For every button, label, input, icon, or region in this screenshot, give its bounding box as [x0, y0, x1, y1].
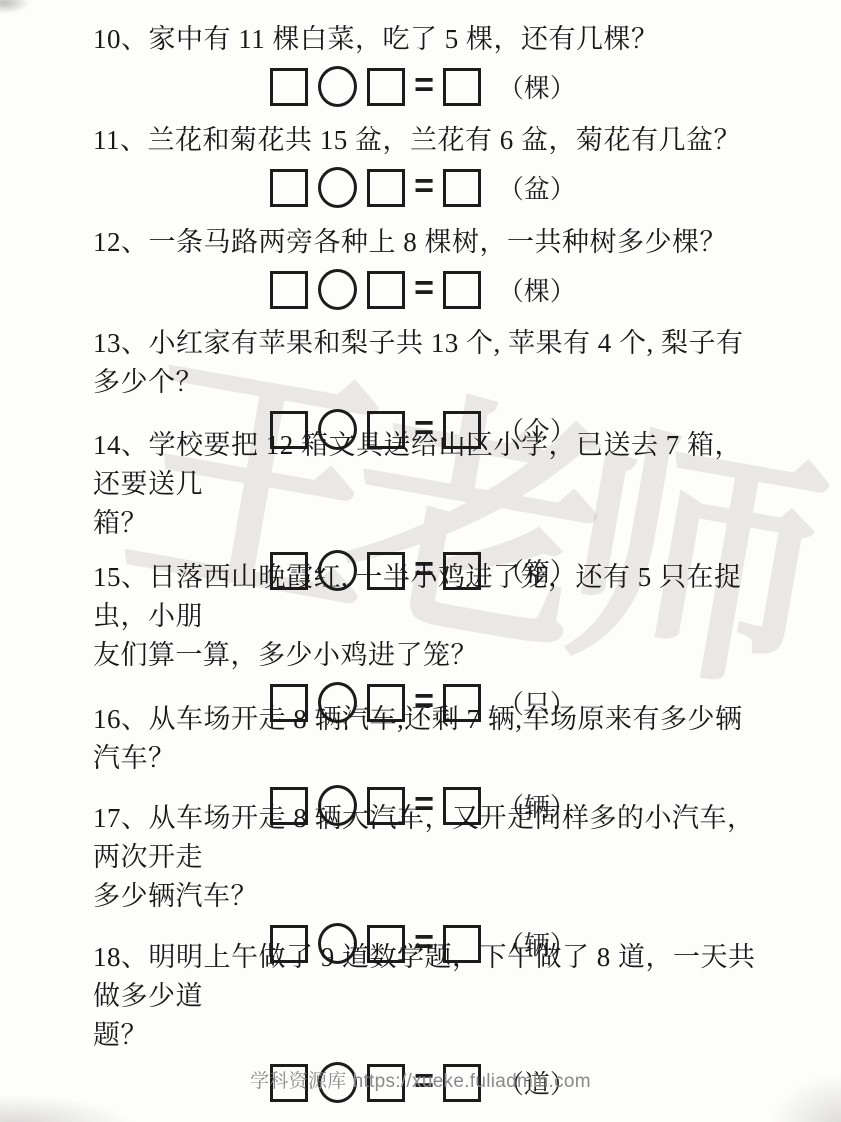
- problem-14-text-line1: 14、学校要把 12 箱文具送给山区小学，已送去 7 箱，还要送几: [0, 426, 841, 504]
- problem-11-equation-row: = （盆）: [0, 167, 841, 208]
- problem-18-text-line1: 18、明明上午做了 9 道数学题，下午做了 8 道，一天共做多少道: [0, 938, 841, 1016]
- problem-15-text-line1: 15、日落西山晚霞红, 一半小鸡进了笼，还有 5 只在捉虫，小朋: [0, 558, 841, 636]
- answer-box-first[interactable]: [270, 271, 308, 309]
- footer-url: https://xueke.fuliadmin.com: [353, 1071, 591, 1092]
- footer-site-name: 学科资源库: [250, 1071, 347, 1092]
- problem-13-text: 13、小红家有苹果和梨子共 13 个, 苹果有 4 个, 梨子有多少个？: [0, 324, 841, 402]
- problem-14-text-line2: 箱？: [0, 504, 841, 543]
- equals-sign: =: [414, 271, 434, 305]
- answer-box-second[interactable]: [367, 68, 405, 106]
- problem-12-text: 12、一条马路两旁各种上 8 棵树，一共种树多少棵？: [0, 223, 841, 262]
- equals-sign: =: [414, 169, 434, 203]
- operator-circle[interactable]: [318, 66, 357, 107]
- problem-12: 12、一条马路两旁各种上 8 棵树，一共种树多少棵？ = （棵）: [0, 223, 841, 310]
- result-box[interactable]: [443, 68, 481, 106]
- unit-label: （盆）: [498, 169, 576, 206]
- result-box[interactable]: [443, 271, 481, 309]
- problem-12-equation-row: = （棵）: [0, 269, 841, 310]
- problem-15-text-line2: 友们算一算，多少小鸡进了笼？: [0, 636, 841, 675]
- operator-circle[interactable]: [318, 167, 357, 208]
- problem-17-text-line2: 多少辆汽车？: [0, 877, 841, 916]
- problem-15: 15、日落西山晚霞红, 一半小鸡进了笼，还有 5 只在捉虫，小朋 友们算一算，多…: [0, 558, 841, 723]
- equals-sign: =: [414, 68, 434, 102]
- problem-17-text-line1: 17、从车场开走 8 辆大汽车，又开走同样多的小汽车，两次开走: [0, 799, 841, 877]
- scan-artifact-top-left: [0, 0, 30, 14]
- scan-artifact-bottom-right: [771, 1074, 841, 1122]
- answer-box-second[interactable]: [367, 271, 405, 309]
- problem-10-equation-row: = （棵）: [0, 66, 841, 107]
- problem-11-text: 11、兰花和菊花共 15 盆，兰花有 6 盆，菊花有几盆？: [0, 121, 841, 160]
- problem-10-text: 10、家中有 11 棵白菜，吃了 5 棵，还有几棵？: [0, 20, 841, 59]
- answer-box-first[interactable]: [270, 68, 308, 106]
- result-box[interactable]: [443, 169, 481, 207]
- answer-box-first[interactable]: [270, 169, 308, 207]
- scan-artifact-bottom-left: [0, 1096, 130, 1122]
- problem-10: 10、家中有 11 棵白菜，吃了 5 棵，还有几棵？ = （棵）: [0, 20, 841, 107]
- problem-18-text-line2: 题？: [0, 1016, 841, 1055]
- footer-credit: 学科资源库https://xueke.fuliadmin.com: [0, 1066, 841, 1093]
- answer-box-second[interactable]: [367, 169, 405, 207]
- unit-label: （棵）: [498, 271, 576, 308]
- operator-circle[interactable]: [318, 269, 357, 310]
- unit-label: （棵）: [498, 68, 576, 105]
- problem-16-text: 16、从车场开走 8 辆汽车,还剩 7 辆,车场原来有多少辆汽车？: [0, 700, 841, 778]
- worksheet-page: 王老师 10、家中有 11 棵白菜，吃了 5 棵，还有几棵？ = （棵） 11、…: [0, 0, 841, 1122]
- problem-11: 11、兰花和菊花共 15 盆，兰花有 6 盆，菊花有几盆？ = （盆）: [0, 121, 841, 208]
